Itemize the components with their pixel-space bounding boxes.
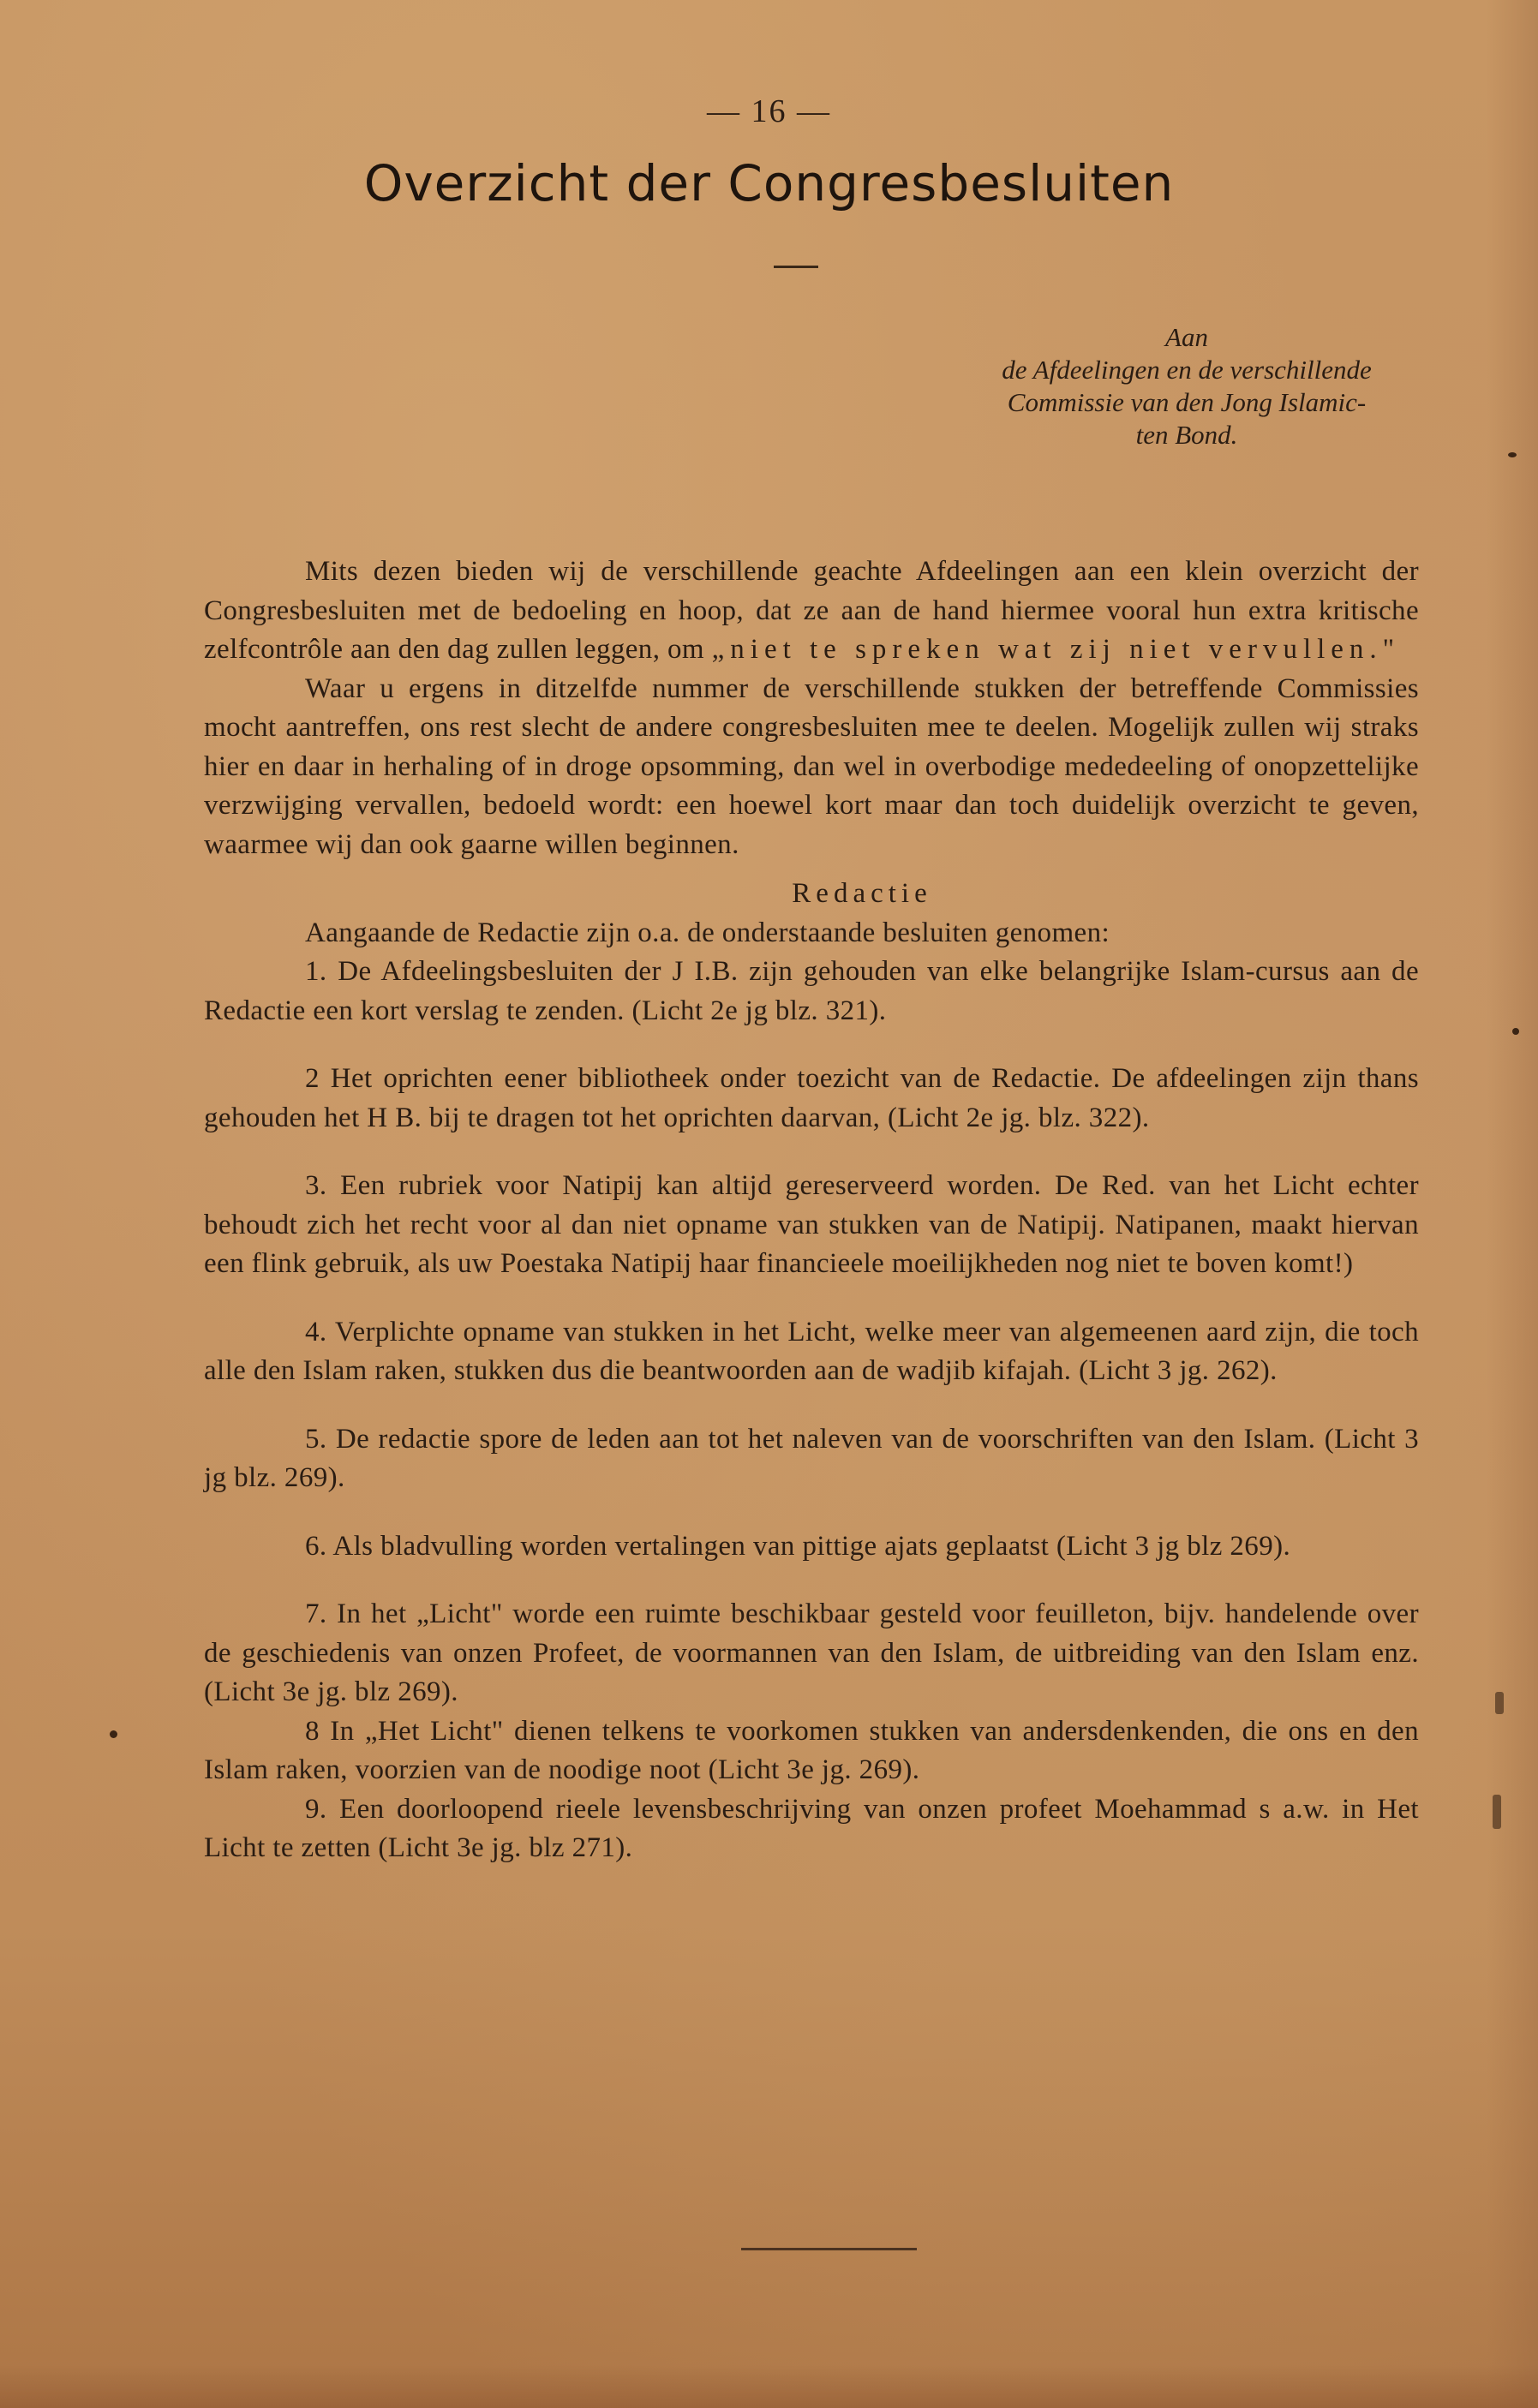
- title-divider: [774, 266, 818, 268]
- address-line: Aan: [943, 321, 1431, 354]
- decision-item: 3. Een rubriek voor Natipij kan altijd g…: [204, 1167, 1419, 1284]
- section-lead: Aangaande de Redactie zijn o.a. de onder…: [204, 914, 1419, 953]
- decision-item: 4. Verplichte opname van stukken in het …: [204, 1313, 1419, 1391]
- section-heading: Redactie: [204, 875, 1419, 914]
- paper-speck: [1508, 452, 1517, 457]
- address-block: Aan de Afdeelingen en de verschillende C…: [943, 321, 1431, 451]
- decision-item: 1. De Afdeelingsbesluiten der J I.B. zij…: [204, 953, 1419, 1031]
- intro-paragraph: Waar u ergens in ditzelfde nummer de ver…: [204, 670, 1419, 865]
- intro-paragraph: Mits dezen bieden wij de verschillende g…: [204, 553, 1419, 670]
- paper-speck: [1493, 1795, 1501, 1829]
- address-line: ten Bond.: [943, 419, 1431, 451]
- decision-item: 7. In het „Licht" worde een ruimte besch…: [204, 1595, 1419, 1712]
- decision-item: 9. Een doorloopend rieele levensbeschrij…: [204, 1790, 1419, 1868]
- intro-quote: „niet te spreken wat zij niet vervullen.…: [712, 634, 1401, 665]
- page-edge-shadow: [1487, 0, 1538, 2408]
- address-line: de Afdeelingen en de verschillende: [943, 354, 1431, 386]
- decision-item: 8 In „Het Licht" dienen telkens te voork…: [204, 1712, 1419, 1790]
- paper-speck: [110, 1730, 117, 1738]
- paper-speck: [1495, 1692, 1504, 1714]
- decision-item: 6. Als bladvulling worden vertalingen va…: [204, 1527, 1419, 1567]
- page-title: Overzicht der Congresbesluiten: [0, 154, 1538, 212]
- address-line: Commissie van den Jong Islamic-: [943, 386, 1431, 419]
- decision-item: 5. De redactie spore de leden aan tot he…: [204, 1420, 1419, 1498]
- paper-speck: [1512, 1028, 1519, 1035]
- decision-item: 2 Het oprichten eener bibliotheek onder …: [204, 1060, 1419, 1138]
- document-body: Mits dezen bieden wij de verschillende g…: [204, 553, 1419, 1868]
- end-divider: [741, 2248, 917, 2250]
- page-number: — 16 —: [0, 93, 1538, 130]
- page-bottom-shadow: [0, 2365, 1538, 2408]
